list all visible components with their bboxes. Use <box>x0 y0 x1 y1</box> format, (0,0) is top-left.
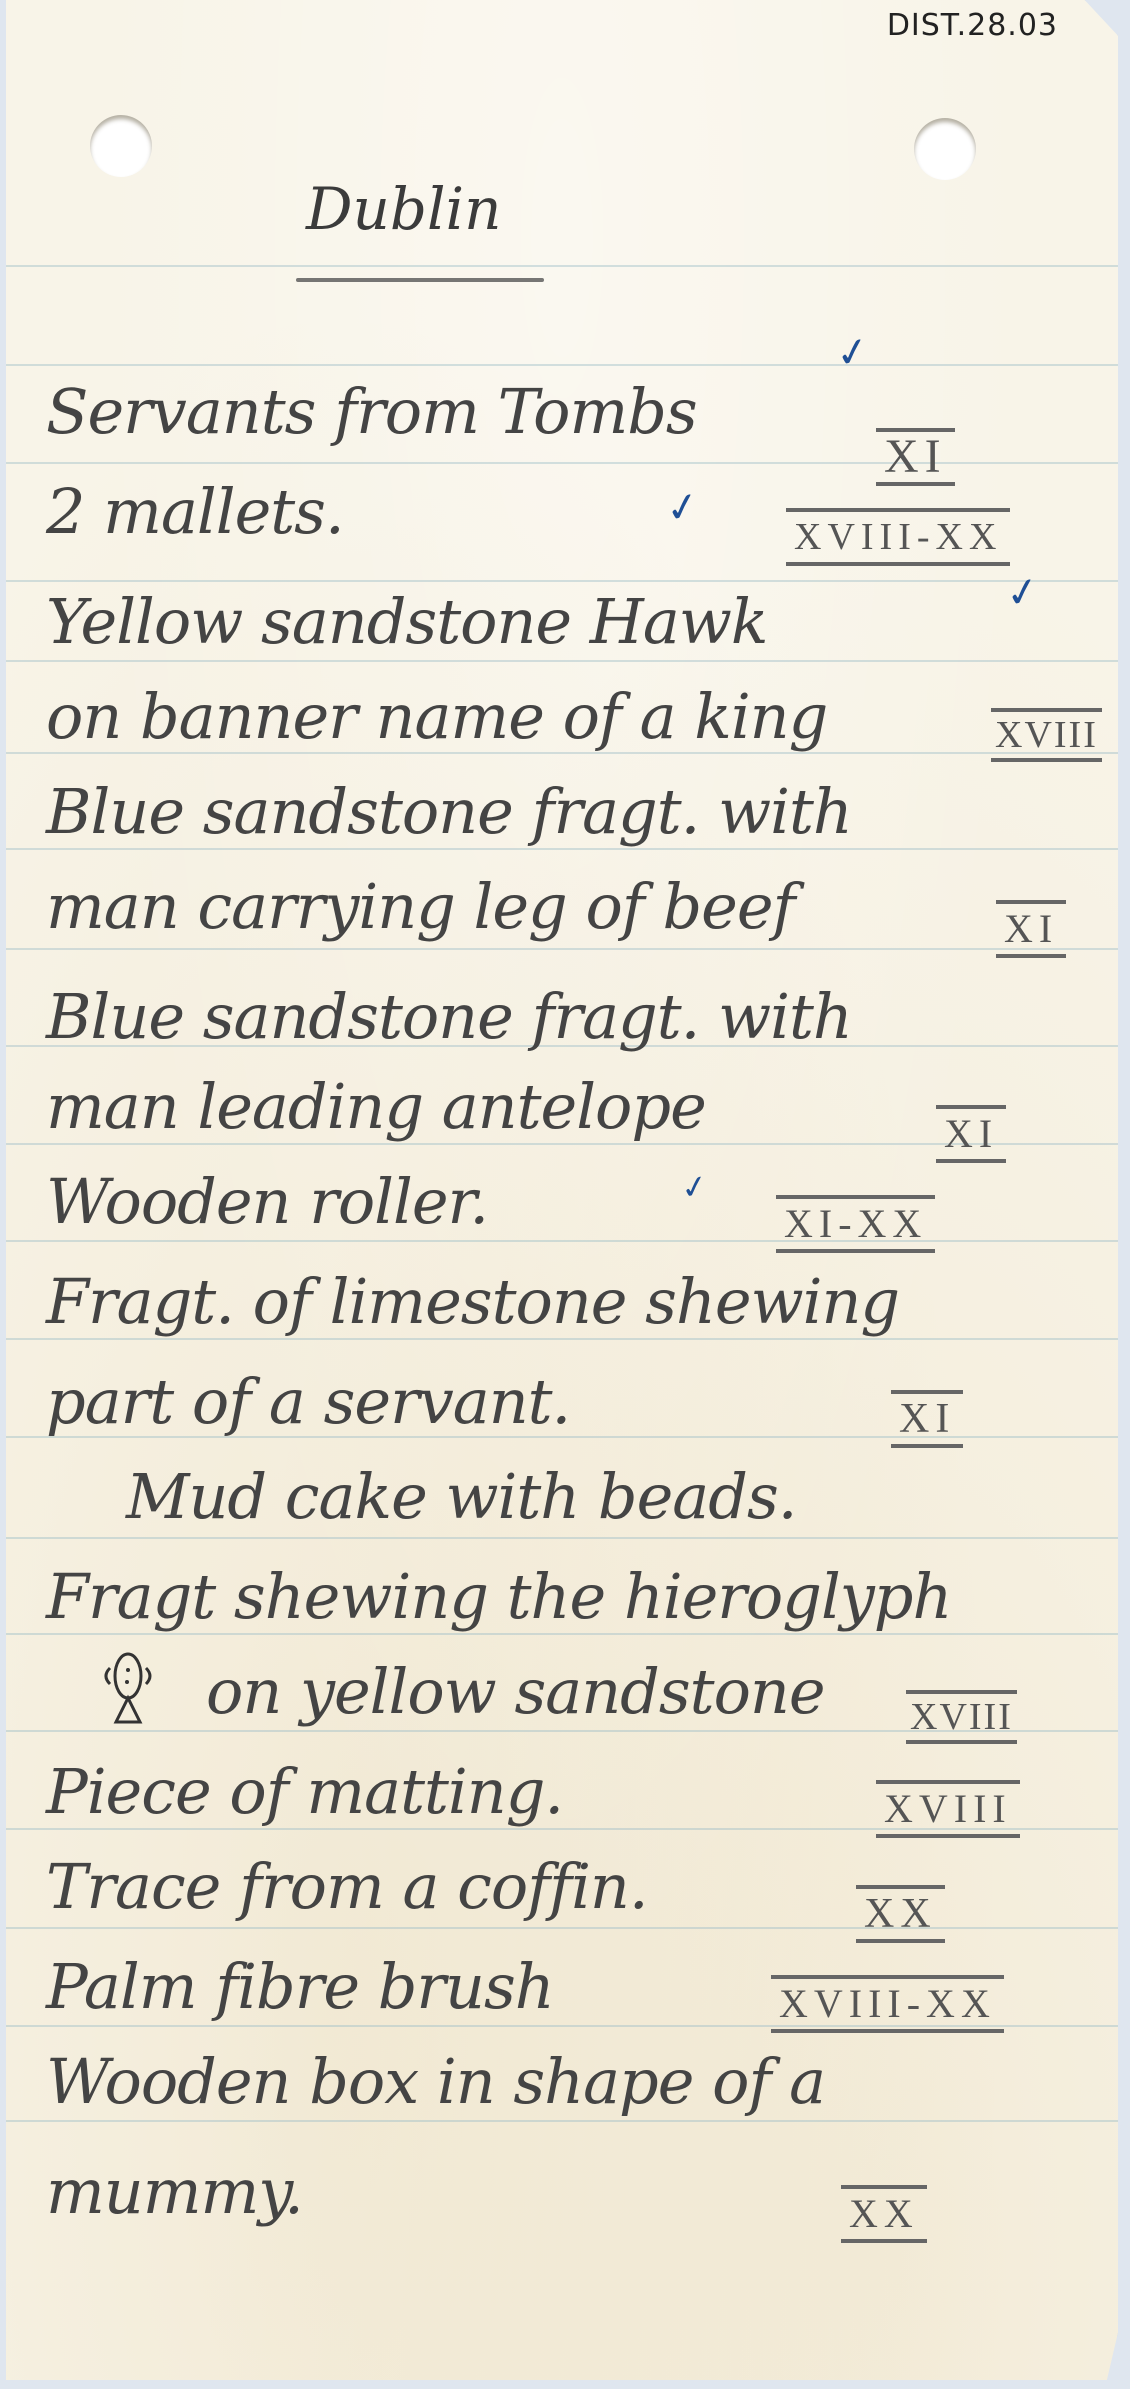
entry-line: Blue sandstone fragt. with <box>46 980 852 1070</box>
page-title: Dublin <box>306 175 501 243</box>
entry-line: Fragt shewing the hieroglyph <box>46 1560 951 1650</box>
entry-line: Piece of matting. <box>46 1755 563 1845</box>
punch-hole-right <box>914 118 976 180</box>
entry-line: mummy. <box>46 2155 303 2245</box>
entry-line: part of a servant. <box>46 1365 570 1455</box>
entry-line: man carrying leg of beef <box>46 870 794 960</box>
period-label: XVIII-XX <box>786 508 1010 566</box>
entry-line: Fragt. of limestone shewing <box>46 1265 899 1355</box>
title-underline <box>296 278 544 282</box>
period-label: XVIII <box>906 1690 1017 1744</box>
punch-hole-left <box>90 115 152 177</box>
entry-line: Mud cake with beads. <box>126 1460 796 1550</box>
period-label: XI <box>936 1105 1006 1163</box>
catalog-number: DIST.28.03 <box>887 8 1058 43</box>
period-label: XI-XX <box>776 1195 935 1253</box>
entry-line: man leading antelope <box>46 1070 706 1160</box>
entry-line: Palm fibre brush <box>46 1950 554 2040</box>
period-label: XX <box>841 2185 927 2243</box>
ruled-line <box>6 265 1118 267</box>
entry-line: Trace from a coffin. <box>46 1850 648 1940</box>
period-label: XI <box>891 1390 963 1448</box>
period-label: XVIII <box>991 708 1102 762</box>
entry-line: on yellow sandstone <box>206 1655 825 1745</box>
period-label: XX <box>856 1885 945 1943</box>
notebook-page: DIST.28.03 Dublin Servants from Tombs XI… <box>6 0 1118 2380</box>
period-label: XI <box>996 900 1066 958</box>
entry-line: Yellow sandstone Hawk <box>46 585 767 675</box>
check-mark-icon: ✓ <box>678 1166 711 1208</box>
period-label: XI <box>876 428 955 486</box>
entry-line: on banner name of a king <box>46 680 827 770</box>
entry-line: Blue sandstone fragt. with <box>46 775 852 865</box>
entry-line: Wooden box in shape of a <box>46 2045 825 2135</box>
entry-line: Wooden roller. <box>46 1165 488 1255</box>
ruled-line <box>6 580 1118 582</box>
ka-hieroglyph-icon <box>98 1648 158 1728</box>
period-label: XVIII-XX <box>771 1975 1004 2033</box>
check-mark-icon: ✓ <box>832 327 873 378</box>
period-label: XVIII <box>876 1780 1020 1838</box>
check-mark-icon: ✓ <box>1002 567 1043 618</box>
ruled-line <box>6 364 1118 366</box>
entry-line: Servants from Tombs <box>46 375 697 465</box>
check-mark-icon: ✓ <box>662 482 703 533</box>
entry-line: 2 mallets. <box>46 475 344 565</box>
